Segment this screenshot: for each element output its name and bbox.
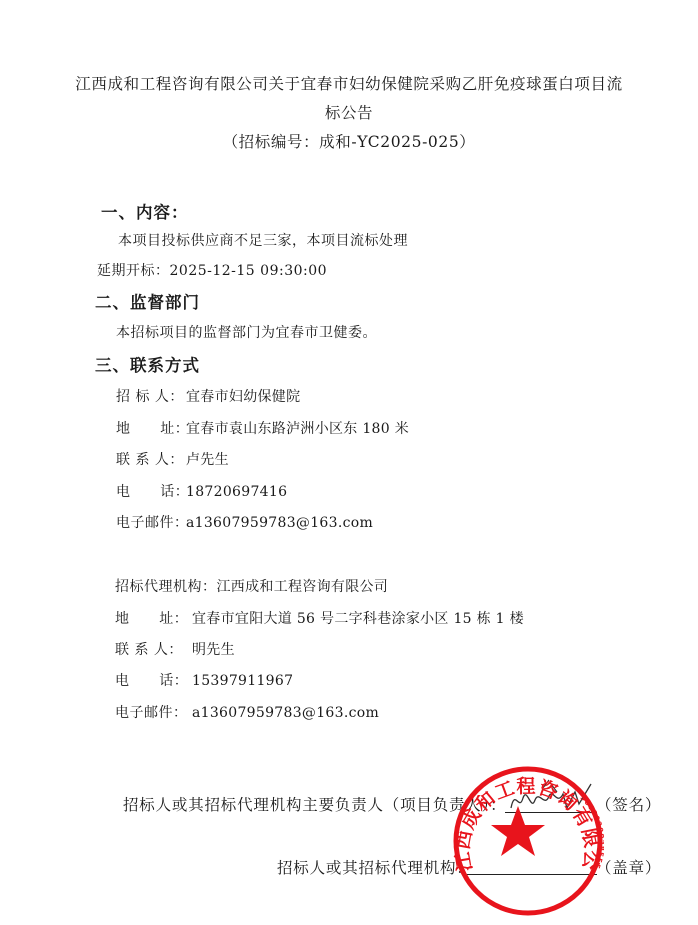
signature-line-agency: 招标人或其招标代理机构： [277, 856, 473, 878]
section-heading-supervision: 二、监督部门 [95, 289, 200, 313]
address-label: 地 址： [116, 418, 186, 438]
document-title-line-1: 江西成和工程咨询有限公司关于宜春市妇幼保健院采购乙肝免疫球蛋白项目流 [0, 72, 698, 94]
agency-contact-label: 联 系 人： [115, 639, 192, 659]
handwritten-signature [505, 778, 605, 818]
purchaser-label: 招 标 人： [116, 386, 186, 406]
agency-name: 江西成和工程咨询有限公司 [217, 576, 389, 596]
section-heading-contact: 三、联系方式 [95, 352, 200, 376]
stamp-suffix: （盖章） [596, 856, 661, 878]
purchaser-row: 招 标 人：宜春市妇幼保健院 [116, 386, 300, 406]
purchaser-value: 宜春市妇幼保健院 [186, 386, 300, 406]
agency-address-value: 宜春市宜阳大道 56 号二字科巷涂家小区 15 栋 1 楼 [192, 608, 524, 628]
purchaser-email-row: 电子邮件：a13607959783@163.com [116, 512, 373, 532]
agency-email-row: 电子邮件：a13607959783@163.com [115, 702, 379, 722]
signature-suffix: （签名） [596, 793, 661, 815]
delay-opening: 延期开标：2025-12-15 09:30:00 [97, 260, 327, 280]
contact-value: 卢先生 [186, 449, 229, 469]
signature-line-responsible: 招标人或其招标代理机构主要负责人（项目负责人）： [123, 793, 506, 815]
content-text: 本项目投标供应商不足三家，本项目流标处理 [118, 230, 408, 250]
section-heading-content: 一、内容： [101, 199, 189, 223]
email-label: 电子邮件： [116, 512, 186, 532]
agency-contact-value: 明先生 [192, 639, 235, 659]
agency-address-row: 地 址：宜春市宜阳大道 56 号二字科巷涂家小区 15 栋 1 楼 [115, 608, 524, 628]
contact-label: 联 系 人： [116, 449, 186, 469]
supervision-text: 本招标项目的监督部门为宜春市卫健委。 [116, 322, 377, 342]
phone-value: 18720697416 [186, 484, 287, 500]
agency-phone-row: 电 话：15397911967 [115, 670, 293, 690]
agency-email-label: 电子邮件： [115, 702, 192, 722]
document-title-line-2: 标公告 [0, 101, 698, 123]
phone-label: 电 话： [116, 481, 186, 501]
purchaser-address-row: 地 址：宜春市袁山东路泸洲小区东 180 米 [116, 418, 409, 438]
agency-label: 招标代理机构： [115, 576, 217, 596]
tender-number: （招标编号：成和-YC2025-025） [0, 130, 698, 152]
delay-label: 延期开标： [97, 263, 170, 279]
agency-phone-value: 15397911967 [192, 673, 293, 689]
purchaser-contact-row: 联 系 人：卢先生 [116, 449, 229, 469]
agency-contact-row: 联 系 人：明先生 [115, 639, 235, 659]
stamp-underline [465, 874, 597, 875]
agency-row: 招标代理机构：江西成和工程咨询有限公司 [115, 576, 388, 596]
agency-phone-label: 电 话： [115, 670, 192, 690]
delay-value: 2025-12-15 09:30:00 [170, 263, 328, 279]
purchaser-phone-row: 电 话：18720697416 [116, 481, 287, 501]
agency-address-label: 地 址： [115, 608, 192, 628]
agency-email-value[interactable]: a13607959783@163.com [192, 705, 379, 721]
email-value[interactable]: a13607959783@163.com [186, 515, 373, 531]
address-value: 宜春市袁山东路泸洲小区东 180 米 [186, 418, 409, 438]
